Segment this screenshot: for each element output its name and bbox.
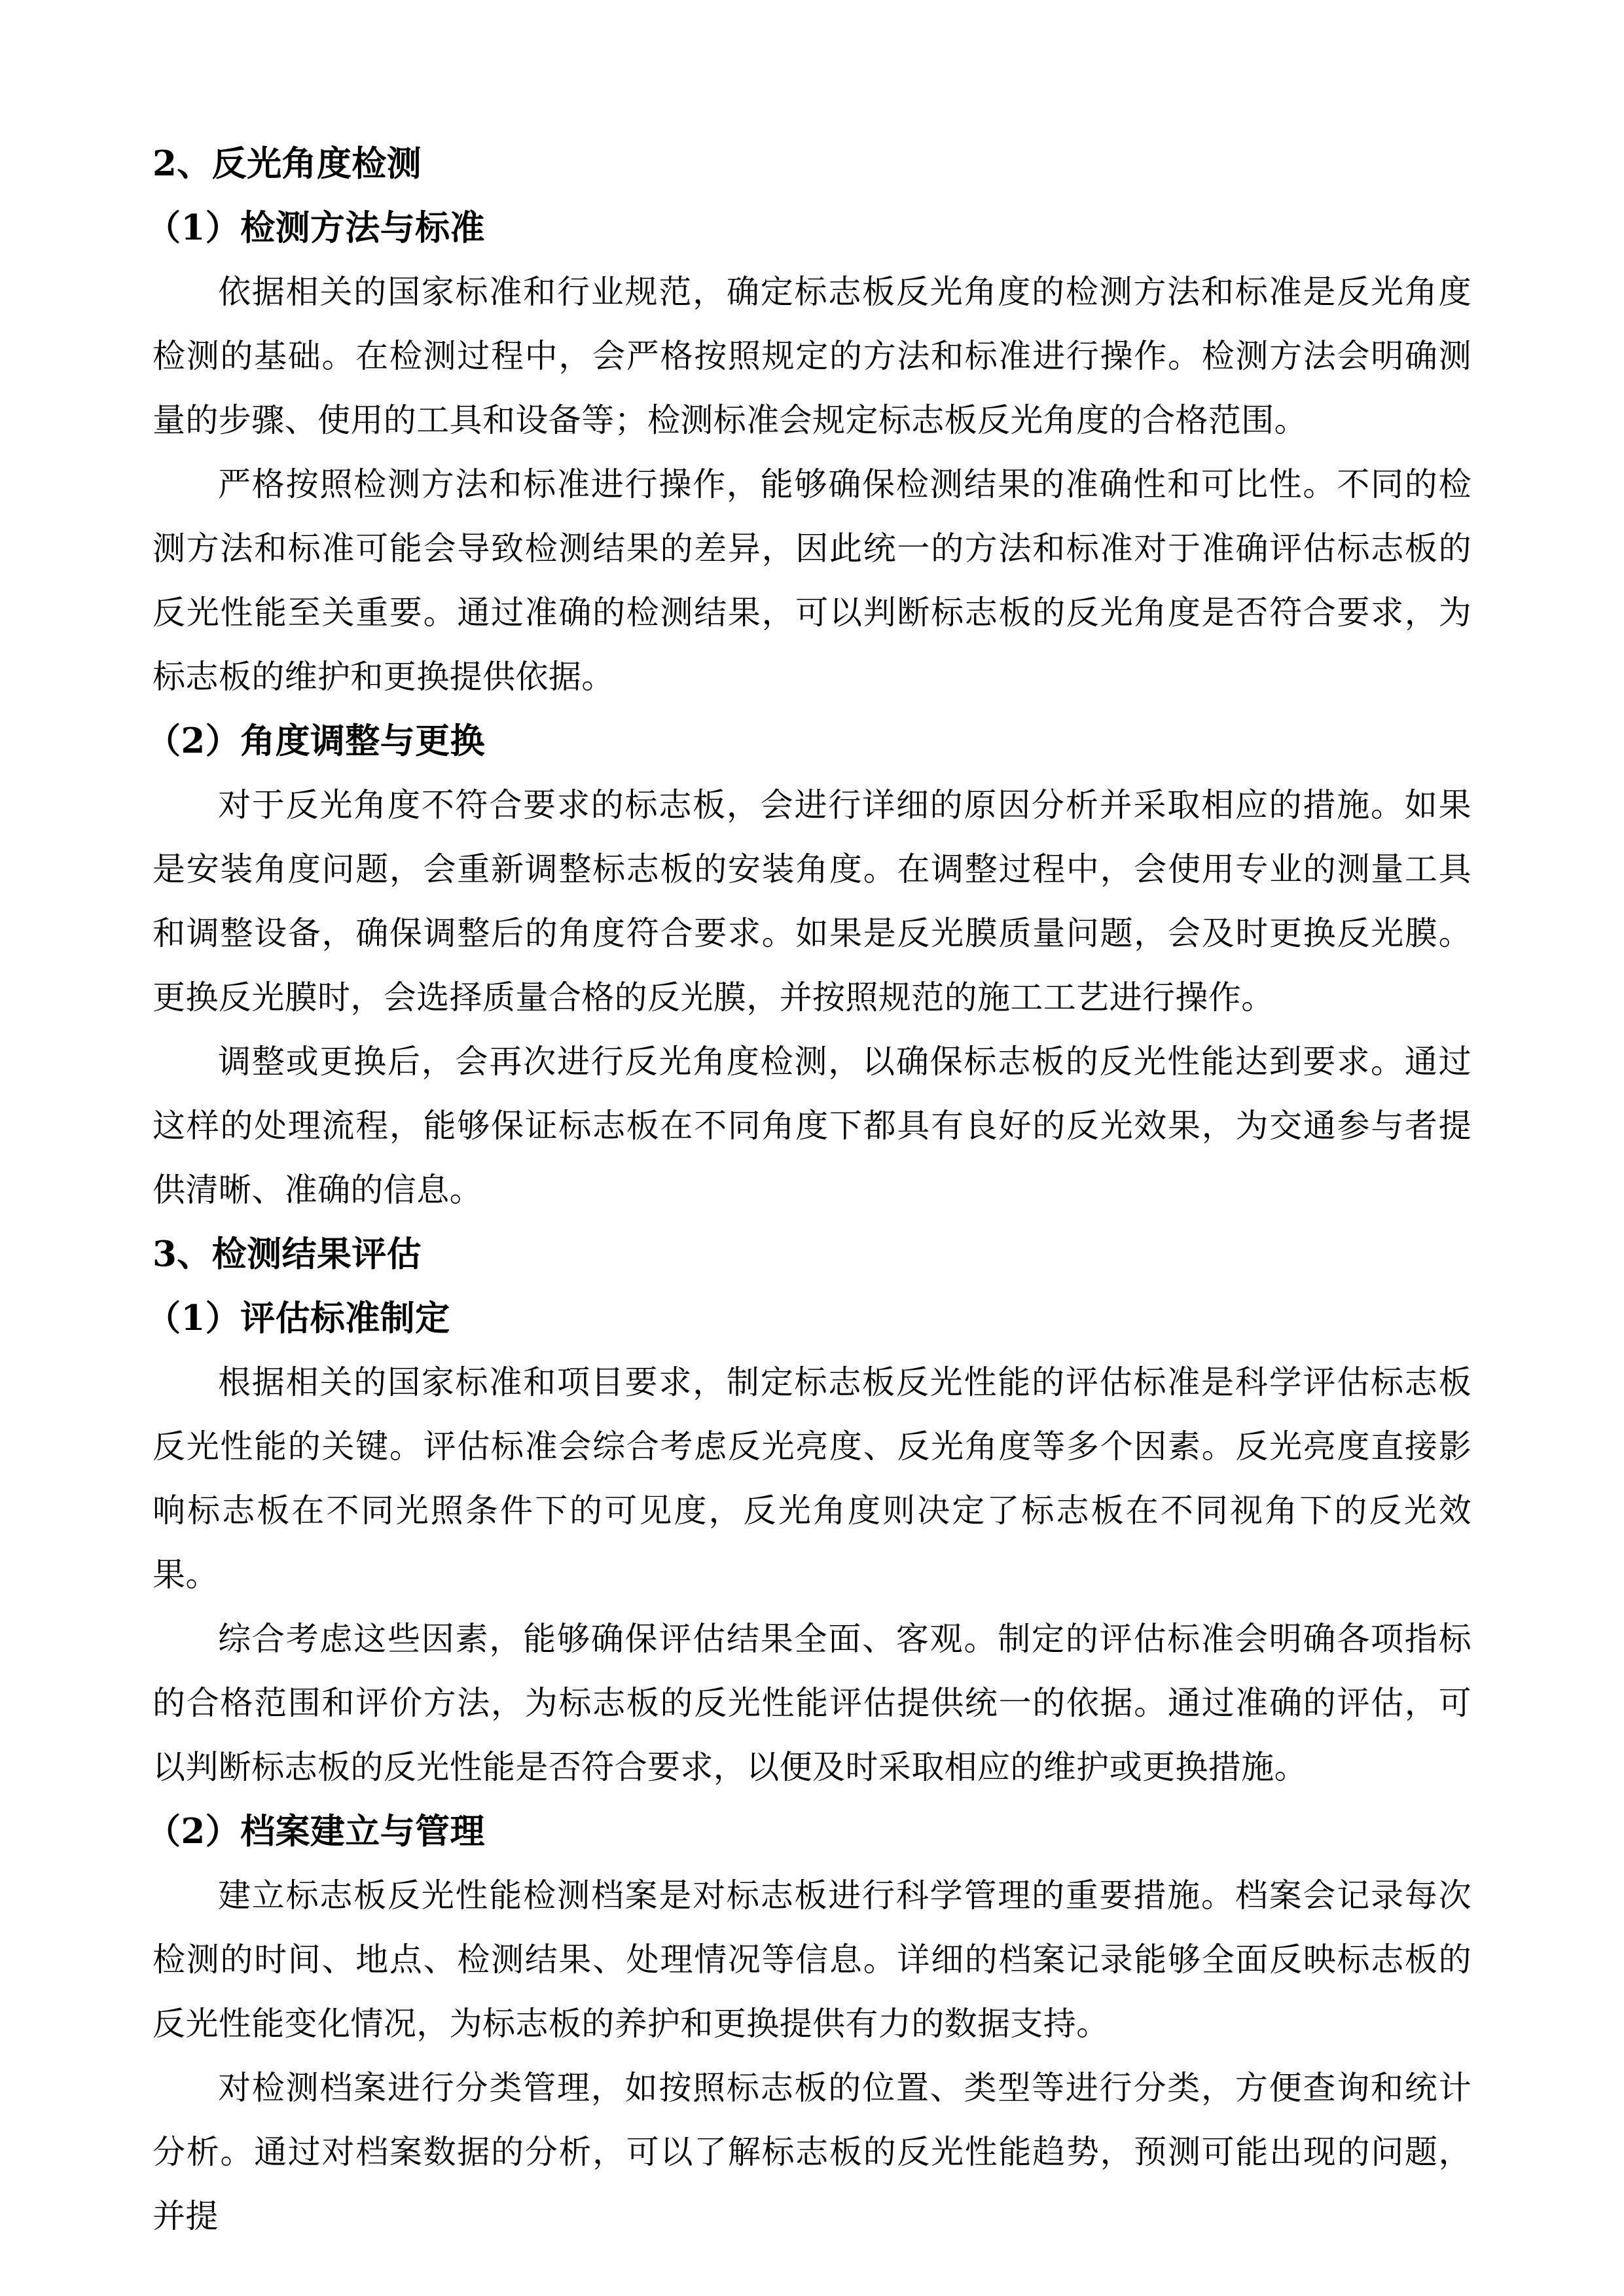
subsection-heading: （1）评估标准制定	[146, 1286, 1471, 1350]
subsection-heading: （2）角度调整与更换	[146, 709, 1471, 773]
paragraph: 根据相关的国家标准和项目要求，制定标志板反光性能的评估标准是科学评估标志板反光性…	[153, 1350, 1471, 1607]
section-heading: 2、反光角度检测	[153, 132, 1471, 196]
paragraph: 建立标志板反光性能检测档案是对标志板进行科学管理的重要措施。档案会记录每次检测的…	[153, 1863, 1471, 2056]
document-content: 2、反光角度检测（1）检测方法与标准依据相关的国家标准和行业规范，确定标志板反光…	[153, 132, 1471, 2248]
document-page: 2、反光角度检测（1）检测方法与标准依据相关的国家标准和行业规范，确定标志板反光…	[0, 0, 1624, 2296]
section-heading: 3、检测结果评估	[153, 1222, 1471, 1286]
paragraph: 对于反光角度不符合要求的标志板，会进行详细的原因分析并采取相应的措施。如果是安装…	[153, 773, 1471, 1030]
paragraph: 调整或更换后，会再次进行反光角度检测，以确保标志板的反光性能达到要求。通过这样的…	[153, 1030, 1471, 1222]
paragraph: 综合考虑这些因素，能够确保评估结果全面、客观。制定的评估标准会明确各项指标的合格…	[153, 1607, 1471, 1799]
paragraph: 依据相关的国家标准和行业规范，确定标志板反光角度的检测方法和标准是反光角度检测的…	[153, 260, 1471, 452]
subsection-heading: （2）档案建立与管理	[146, 1799, 1471, 1863]
subsection-heading: （1）检测方法与标准	[146, 196, 1471, 260]
paragraph: 严格按照检测方法和标准进行操作，能够确保检测结果的准确性和可比性。不同的检测方法…	[153, 452, 1471, 709]
paragraph: 对检测档案进行分类管理，如按照标志板的位置、类型等进行分类，方便查询和统计分析。…	[153, 2056, 1471, 2248]
